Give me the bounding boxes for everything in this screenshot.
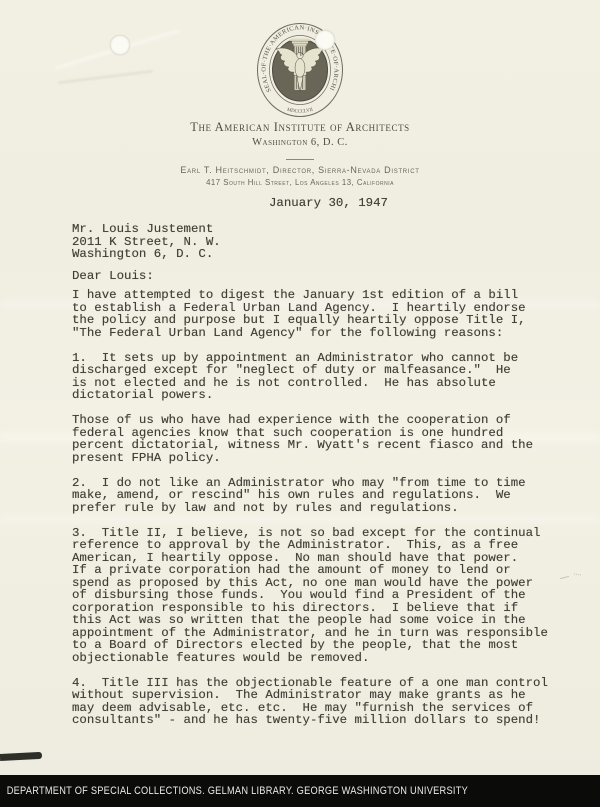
paragraph-point-3: 3. Title II, I believe, is not so bad ex… (72, 527, 567, 665)
paragraph-cooperation: Those of us who have had experience with… (72, 414, 567, 464)
paper-background: SEAL·OF·THE·AMERICAN·INSTITVTE·OF·ARCHIT… (0, 0, 600, 807)
paragraph-intro: I have attempted to digest the January 1… (72, 289, 567, 339)
letter-scan-page: SEAL·OF·THE·AMERICAN·INSTITVTE·OF·ARCHIT… (0, 0, 600, 807)
paper-crease (58, 70, 153, 84)
hole-punch (110, 35, 130, 55)
org-city: Washington 6, D. C. (0, 137, 600, 148)
pencil-mark (560, 571, 586, 583)
date-line: January 30, 1947 (269, 197, 388, 210)
director-line: Earl T. Heitschmidt, Director, Sierra-Ne… (0, 165, 600, 175)
paragraph-point-1: 1. It sets up by appointment an Administ… (72, 352, 567, 402)
letterhead-divider (286, 159, 314, 160)
org-name: The American Institute of Architects (0, 120, 600, 135)
hole-punch (315, 30, 335, 50)
letter-body: I have attempted to digest the January 1… (72, 289, 567, 739)
archive-banner: DEPARTMENT OF SPECIAL COLLECTIONS. GELMA… (0, 775, 600, 807)
letterhead-address-line: 417 South Hill Street, Los Angeles 13, C… (0, 178, 600, 187)
paper-corner-shadow (0, 752, 42, 761)
paragraph-point-2: 2. I do not like an Administrator who ma… (72, 477, 567, 515)
archive-banner-text: DEPARTMENT OF SPECIAL COLLECTIONS. GELMA… (0, 785, 468, 797)
paragraph-point-4: 4. Title III has the objectionable featu… (72, 677, 567, 727)
salutation: Dear Louis: (72, 270, 154, 283)
recipient-address: Mr. Louis Justement 2011 K Street, N. W.… (72, 223, 221, 261)
